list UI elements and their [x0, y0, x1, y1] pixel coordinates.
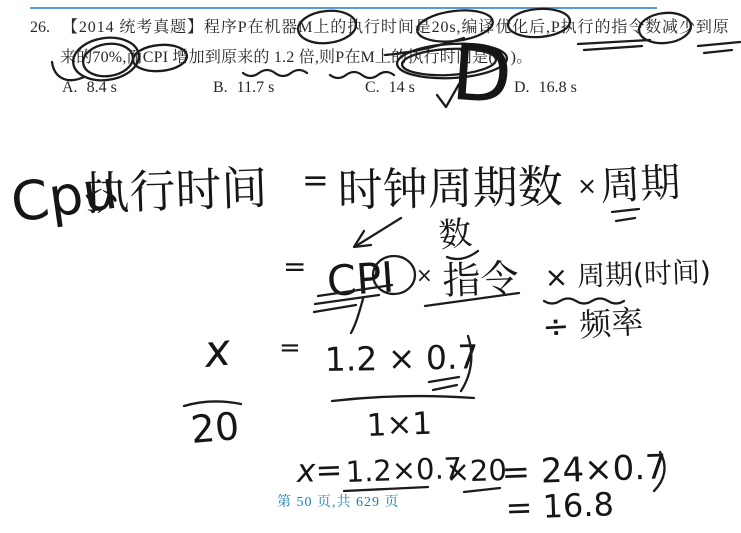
hw-cpu: Cpu: [7, 158, 121, 235]
wavy-underline-1-2-bei: [243, 70, 307, 76]
seven-hook: [461, 336, 471, 391]
hw-line4-result: = 16.8: [505, 485, 614, 527]
arrow-head: [354, 231, 371, 247]
option-a: A.8.4 s: [62, 79, 117, 97]
option-a-value: 8.4 s: [87, 79, 117, 96]
underline-daoyuan: [698, 42, 740, 46]
underline-07-2: [433, 385, 457, 390]
hw-exec-time: 执行时间: [82, 161, 268, 221]
hw-line4-factor: 1.2×0.7: [345, 451, 463, 489]
hw-count: 数: [437, 213, 474, 255]
dash-under-cycle-2: [616, 218, 635, 221]
underline-zhilingshu: [578, 40, 650, 44]
hw-times-2: ×: [416, 263, 433, 287]
circle-on-cpi-i: [373, 256, 415, 294]
hw-cycle-1: 周期: [599, 160, 681, 210]
hw-cpi: CPI: [325, 252, 395, 306]
hw-times-1: ×: [577, 172, 597, 200]
dash-under-cycle: [612, 209, 639, 212]
flourish-under-count: [447, 251, 478, 259]
answer-mark-d: D: [449, 28, 515, 122]
hw-clock-cycles: 时钟周期数: [337, 160, 563, 217]
arrow-to-cpi: [356, 218, 401, 246]
question-line2: 来的70%,而CPI 增加到原来的 1.2 倍,则P在M上的执行时间是( )。: [60, 48, 532, 68]
wavy-underline-zai-m: [330, 72, 394, 78]
underline-daoyuan-2: [704, 50, 732, 53]
hw-instructions: 指令: [442, 256, 520, 303]
hw-eq-3: =: [279, 333, 301, 363]
underline-cpi-2: [315, 295, 379, 304]
fraction-bar-rhs: [332, 396, 474, 401]
option-d-label: D.: [514, 79, 530, 96]
top-blue-rule: [30, 7, 657, 9]
hw-eq-1: =: [302, 161, 329, 199]
underline-cpi-1: [318, 285, 392, 296]
option-b-label: B.: [213, 79, 228, 96]
hw-line4-step: = 24×0.7: [501, 447, 667, 493]
underline-instructions: [425, 293, 519, 306]
document-page: 26. 【2014 统考真题】程序P在机器M上的执行时间是20s,编译优化后,P…: [0, 0, 741, 533]
hw-div-freq: ÷ 频率: [541, 303, 644, 346]
option-c-value: 14 s: [389, 79, 415, 96]
underline-20: [464, 488, 500, 492]
question-number: 26.: [30, 18, 50, 38]
hw-eq-2: =: [283, 250, 306, 283]
hw-x-num: x: [200, 324, 234, 378]
option-c-label: C.: [365, 79, 380, 96]
option-b-value: 11.7 s: [237, 79, 275, 96]
hw-times-cycle: × 周期(时间): [544, 255, 711, 294]
option-a-label: A.: [62, 79, 78, 96]
page-indicator: 第 50 页,共 629 页: [277, 491, 400, 511]
option-b: B.11.7 s: [213, 79, 274, 97]
cpi-descender: [351, 299, 363, 333]
hw-line4-times20: ×20: [445, 453, 507, 489]
seven-hook-2: [654, 452, 665, 491]
hw-rhs-num: 1.2 × 0.7: [324, 337, 478, 379]
hw-line4-lhs: x=: [295, 450, 343, 490]
option-d: D.16.8 s: [514, 79, 577, 97]
fraction-bar-lhs: [184, 401, 241, 406]
check-mark: [437, 84, 459, 107]
option-d-value: 16.8 s: [539, 79, 577, 96]
question-line1: 【2014 统考真题】程序P在机器M上的执行时间是20s,编译优化后,P执行的指…: [62, 18, 730, 38]
wavy-under-cycle: [544, 299, 624, 304]
underline-cpi-3: [314, 305, 356, 312]
hw-20-den: 20: [189, 404, 241, 452]
underline-zhilingshu-2: [584, 46, 642, 50]
option-c: C.14 s: [365, 79, 415, 97]
underline-07-1: [429, 377, 459, 382]
hw-rhs-den: 1×1: [366, 406, 433, 444]
